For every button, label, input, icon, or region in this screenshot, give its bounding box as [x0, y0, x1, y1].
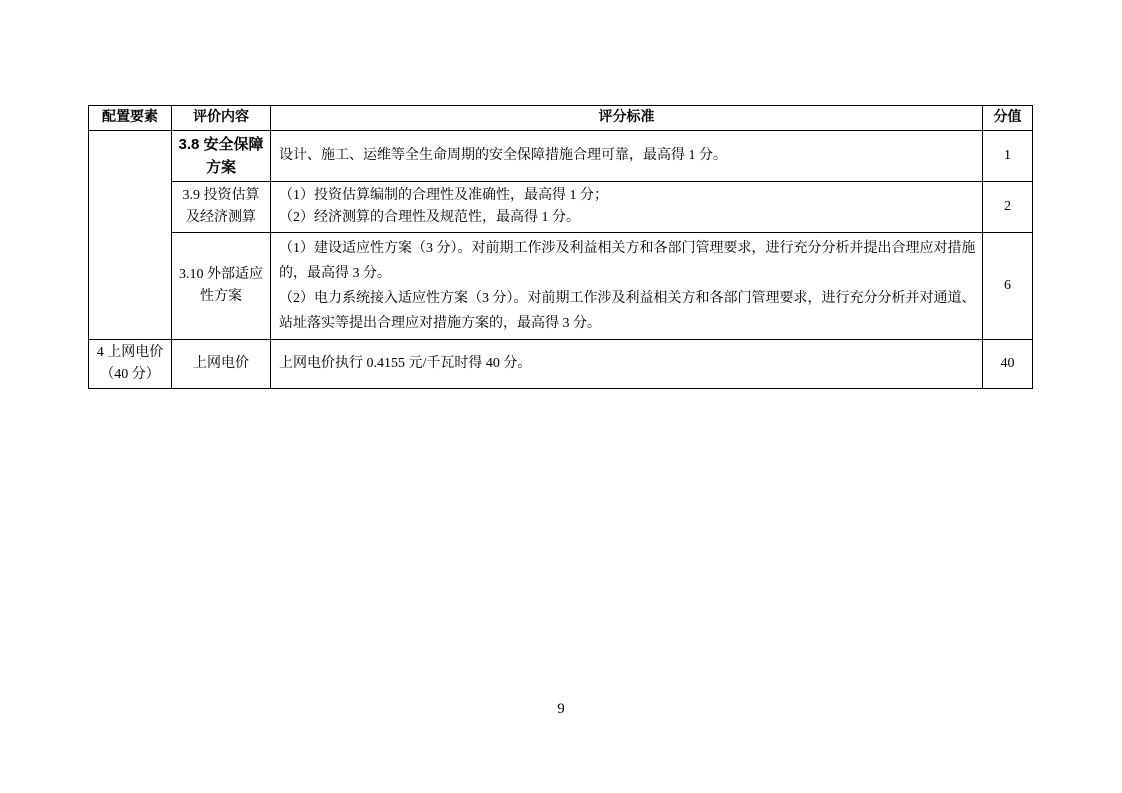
header-evaluation-content: 评价内容 [172, 106, 271, 131]
standard-cell-3-10: （1）建设适应性方案（3 分）。对前期工作涉及利益相关方和各部门管理要求，进行充… [271, 233, 983, 340]
standard-cell-3-8: 设计、施工、运维等全生命周期的安全保障措施合理可靠，最高得 1 分。 [271, 131, 983, 182]
document-page: 配置要素 评价内容 评分标准 分值 3.8 安全保障方案 设计、施工、运维等全生… [0, 0, 1122, 793]
standard-paragraph: 设计、施工、运维等全生命周期的安全保障措施合理可靠，最高得 1 分。 [279, 145, 976, 167]
standard-cell-4: 上网电价执行 0.4155 元/千瓦时得 40 分。 [271, 340, 983, 389]
standard-paragraph: 上网电价执行 0.4155 元/千瓦时得 40 分。 [279, 353, 976, 375]
standard-cell-3-9: （1）投资估算编制的合理性及准确性，最高得 1 分； （2）经济测算的合理性及规… [271, 182, 983, 233]
score-cell-3-9: 2 [983, 182, 1033, 233]
table-row: 3.10 外部适应性方案 （1）建设适应性方案（3 分）。对前期工作涉及利益相关… [89, 233, 1033, 340]
score-cell-4: 40 [983, 340, 1033, 389]
table-row: 3.9 投资估算及经济测算 （1）投资估算编制的合理性及准确性，最高得 1 分；… [89, 182, 1033, 233]
standard-paragraph: （2）电力系统接入适应性方案（3 分）。对前期工作涉及利益相关方和各部门管理要求… [279, 286, 976, 336]
table-row: 3.8 安全保障方案 设计、施工、运维等全生命周期的安全保障措施合理可靠，最高得… [89, 131, 1033, 182]
score-cell-3-10: 6 [983, 233, 1033, 340]
score-cell-3-8: 1 [983, 131, 1033, 182]
header-scoring-standard: 评分标准 [271, 106, 983, 131]
standard-paragraph: （2）经济测算的合理性及规范性，最高得 1 分。 [279, 207, 976, 229]
content-cell-3-10: 3.10 外部适应性方案 [172, 233, 271, 340]
page-number: 9 [0, 700, 1122, 718]
standard-paragraph: （1）投资估算编制的合理性及准确性，最高得 1 分； [279, 185, 976, 207]
config-element-cell-4: 4 上网电价（40 分） [89, 340, 172, 389]
content-cell-3-9: 3.9 投资估算及经济测算 [172, 182, 271, 233]
standard-paragraph: （1）建设适应性方案（3 分）。对前期工作涉及利益相关方和各部门管理要求，进行充… [279, 236, 976, 286]
header-score-value: 分值 [983, 106, 1033, 131]
scoring-criteria-table: 配置要素 评价内容 评分标准 分值 3.8 安全保障方案 设计、施工、运维等全生… [88, 105, 1033, 389]
content-cell-4: 上网电价 [172, 340, 271, 389]
table-header-row: 配置要素 评价内容 评分标准 分值 [89, 106, 1033, 131]
header-config-element: 配置要素 [89, 106, 172, 131]
config-element-merged-cell [89, 131, 172, 340]
content-cell-3-8: 3.8 安全保障方案 [172, 131, 271, 182]
table-row: 4 上网电价（40 分） 上网电价 上网电价执行 0.4155 元/千瓦时得 4… [89, 340, 1033, 389]
